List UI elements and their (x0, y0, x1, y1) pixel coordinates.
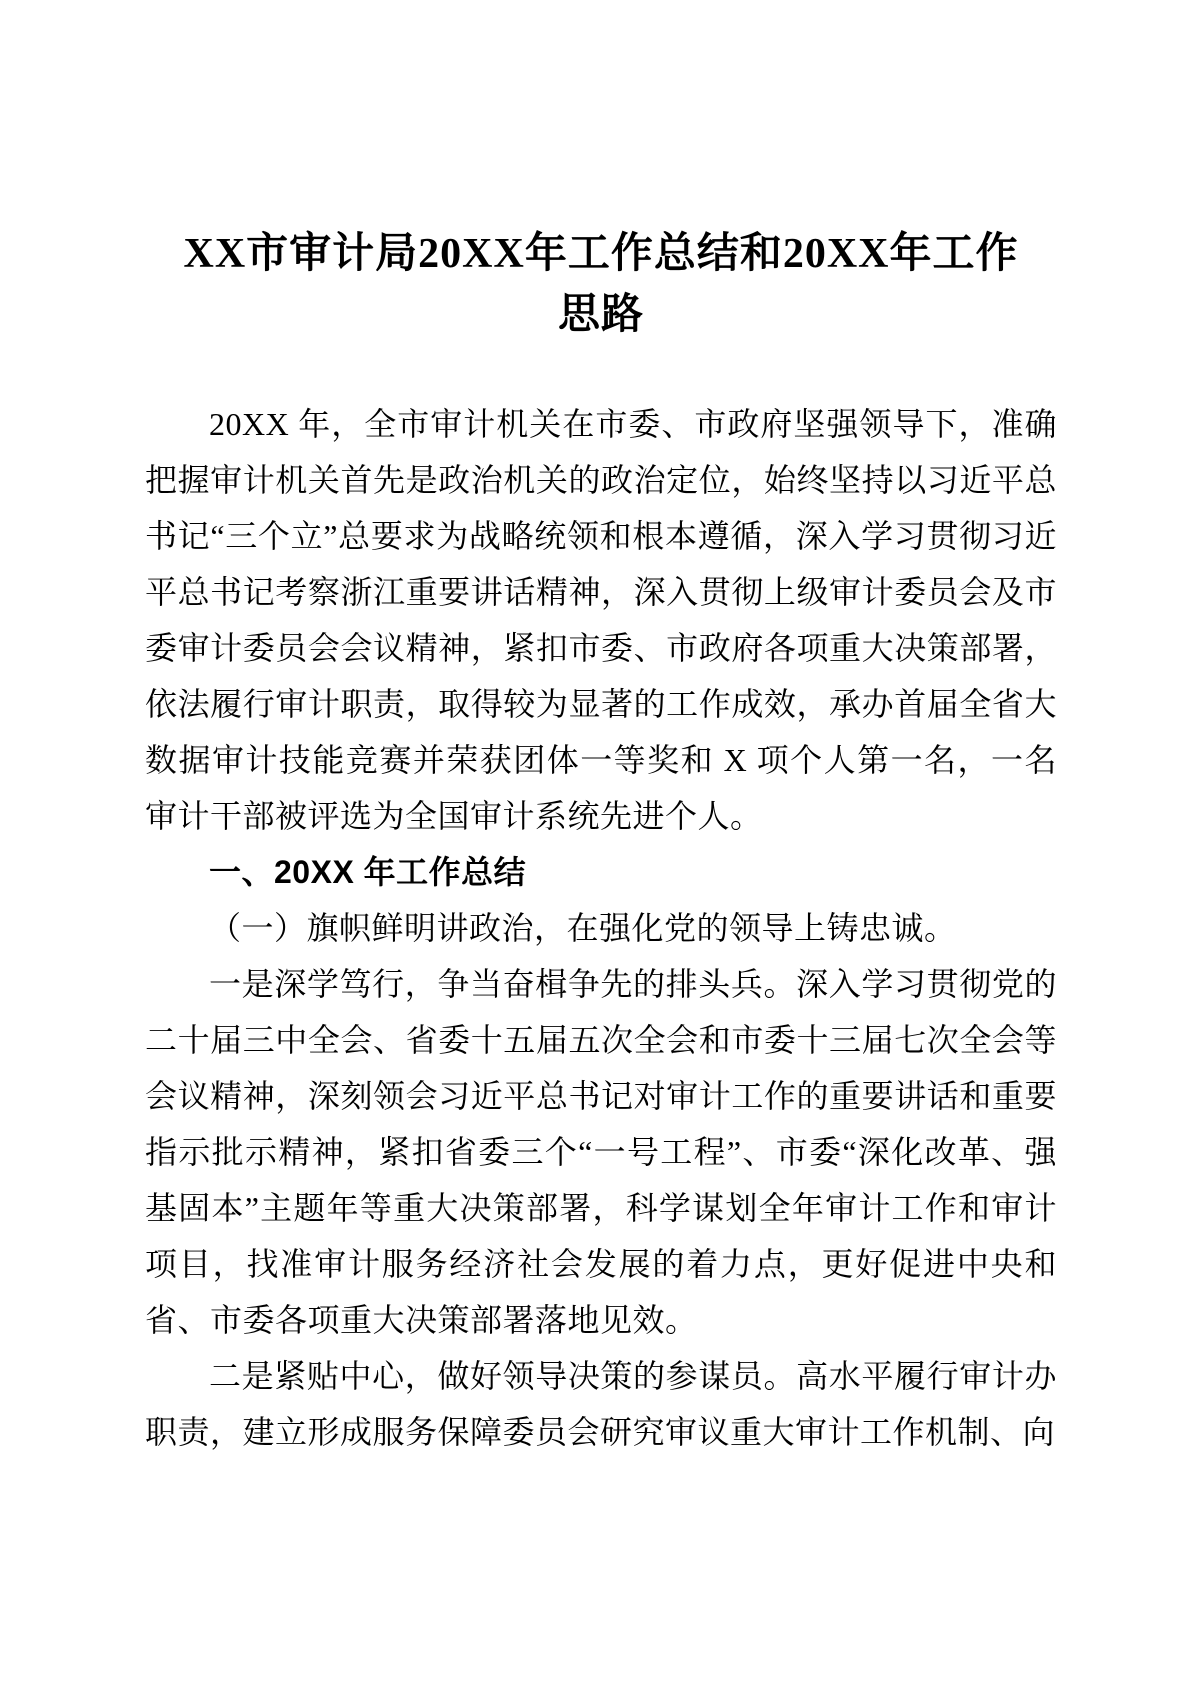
paragraph-subsection-1: （一）旗帜鲜明讲政治，在强化党的领导上铸忠诚。 (145, 900, 1057, 956)
paragraph-intro: 20XX 年，全市审计机关在市委、市政府坚强领导下，准确把握审计机关首先是政治机… (145, 396, 1057, 844)
paragraph-point-1: 一是深学笃行，争当奋楫争先的排头兵。深入学习贯彻党的二十届三中全会、省委十五届五… (145, 956, 1057, 1348)
document-title-line-1: XX市审计局20XX年工作总结和20XX年工作 (145, 224, 1057, 285)
document-content: XX市审计局20XX年工作总结和20XX年工作 思路 20XX 年，全市审计机关… (145, 0, 1057, 1460)
section-heading-work-summary: 一、20XX 年工作总结 (145, 844, 1057, 900)
paragraph-point-2: 二是紧贴中心，做好领导决策的参谋员。高水平履行审计办职责，建立形成服务保障委员会… (145, 1348, 1057, 1460)
document-body: 20XX 年，全市审计机关在市委、市政府坚强领导下，准确把握审计机关首先是政治机… (145, 396, 1057, 1460)
document-page: XX市审计局20XX年工作总结和20XX年工作 思路 20XX 年，全市审计机关… (0, 0, 1190, 1683)
document-title-line-2: 思路 (145, 285, 1057, 346)
document-title: XX市审计局20XX年工作总结和20XX年工作 思路 (145, 224, 1057, 346)
